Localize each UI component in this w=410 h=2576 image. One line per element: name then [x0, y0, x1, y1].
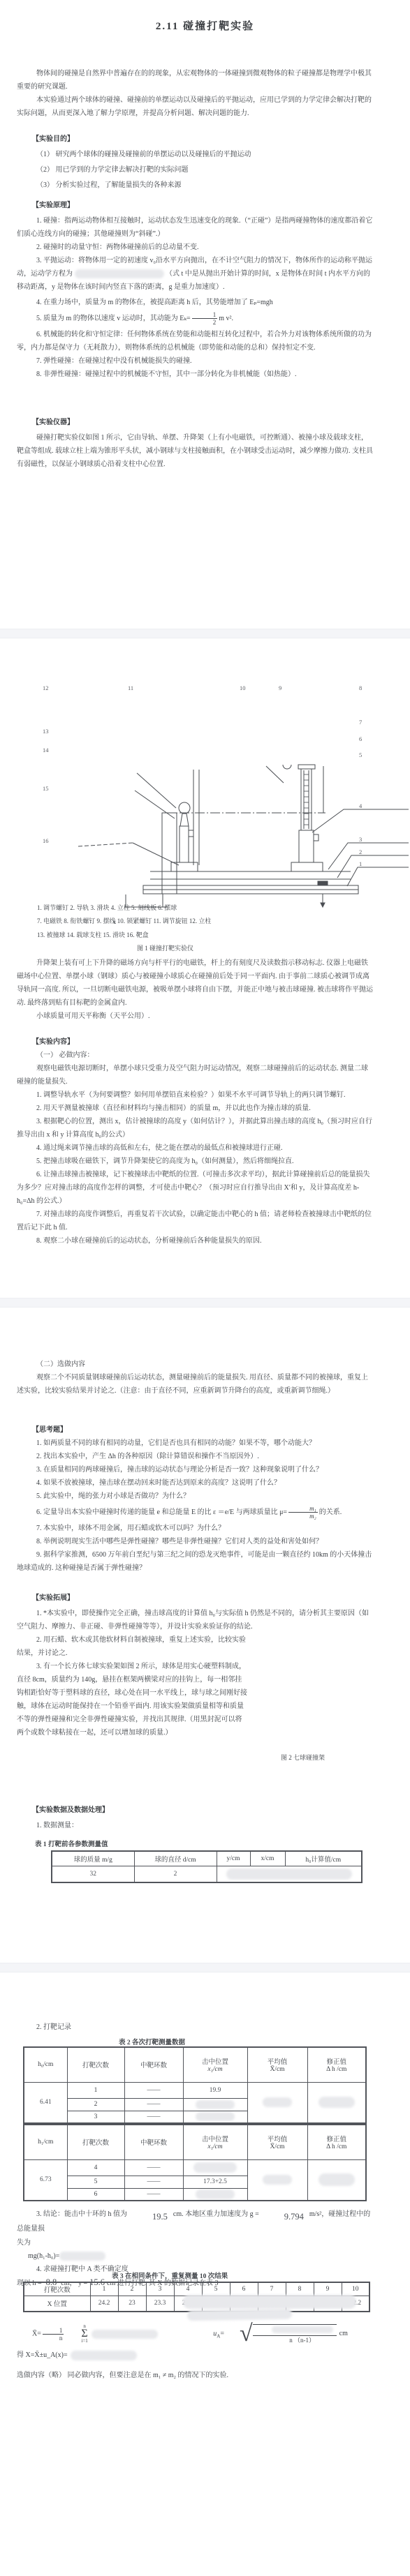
table2-header-shots: 打靶次数	[67, 2047, 124, 2082]
after-figure-section: 升降架上装有可上下升降的磁场方向与杆平行的电磁铁，杆上的有刻度尺及读数指示移动标…	[17, 957, 373, 1023]
principle-item-5-text: 5. 质量为 m 的物体以速度 v 运动时，其动能为 Eₖ=	[36, 315, 191, 322]
ua-formula: uA=√n （n-1）cm	[198, 2323, 348, 2344]
table3-col: 10	[342, 2282, 369, 2296]
purpose-item: （3） 分析实验过程，了解能量损失的各种来源	[17, 179, 373, 192]
table1-header: x/cm	[250, 1851, 285, 1866]
figure1-callout-4: 4	[359, 802, 362, 809]
table2-title: 表 2 各次打靶测量数据	[119, 2037, 185, 2046]
table2-cell-hit4	[183, 2159, 247, 2176]
formula-line3: 选做内容（略） 同必做内容，但要注意是在 m₁ ≠ m₂ 的情况下的实验.	[17, 2369, 373, 2382]
after-figure-paragraph-2: 小球质量可用天平称衡（天平公用）.	[17, 1010, 373, 1023]
table1-header: h₀计算值/cm	[285, 1851, 362, 1866]
question-6-text: 6. 定量导出本实验中碰撞时传递的能量 e 和总能量 E 的比 ε ＝e/E 与…	[36, 1508, 287, 1516]
content-heading: 【实验内容】	[17, 1035, 373, 1049]
question-item: 8. 举例说明现实生活中哪些是弹性碰撞？哪些是非弹性碰撞？它们对人类的益处和害处…	[17, 1535, 373, 1548]
table2-cell: 6	[67, 2188, 124, 2201]
figure1-drawing	[0, 682, 410, 913]
principle-item-7: 7. 弹性碰撞：在碰撞过程中没有机械能损失的碰撞.	[17, 354, 373, 368]
table2-header-hitpos: 击中位置x₁/cm	[183, 2047, 247, 2082]
redacted-value	[196, 2100, 235, 2109]
table2-header-average: 平均值X̄/cm	[247, 2047, 307, 2082]
data-heading: 【实验数据及数据处理】	[17, 1804, 373, 1817]
question-item: 3. 在质量相同的两球碰撞后，撞击球的运动状态与理论分析是否一致？这种现象说明了…	[17, 1463, 373, 1476]
redacted-value	[319, 2173, 355, 2186]
table2-cell: ——	[124, 2098, 183, 2111]
redacted-value	[319, 2097, 355, 2108]
table2-cell: ——	[124, 2176, 183, 2188]
table1-title: 表 1 打靶前各参数测量值	[35, 1839, 108, 1848]
table3-col: 9	[314, 2282, 342, 2296]
redacted-value	[226, 1869, 352, 1880]
table3-value: 24.2	[90, 2296, 118, 2312]
table3-col: 8	[286, 2282, 314, 2296]
table3-row1-label: 打靶次数	[24, 2282, 90, 2296]
question-item: 1. 如两质量不同的球有相同的动量，它们是否也具有相同的动能？如果不等，哪个动能…	[17, 1437, 373, 1450]
table3-col: 6	[230, 2282, 258, 2296]
figure1-callout-12: 12	[43, 684, 49, 691]
content-intro: 观察电磁铁电源切断时，单摆小球只受重力及空气阻力时运动情况，观察二球碰撞前后的运…	[17, 1062, 373, 1088]
principle-item-8: 8. 非弹性碰撞：碰撞过程中的机械能不守恒，其中一部分转化为非机械能（如热能）.	[17, 368, 373, 381]
principle-item-2: 2. 碰撞时的动量守恒：两物体碰撞前后的总动量不变.	[17, 241, 373, 254]
purpose-heading: 【实验目的】	[17, 133, 373, 146]
expansion-item-3: 3. 有一个长方体七球实验架如图 2 所示，球体是用实心硬塑料制成，直径 8cm…	[17, 1660, 249, 1739]
figure1-legend-line1: 1. 调节螺钉 2. 导轨 3. 滑块 4. 立柱 5. 刻线板 6. 摆球	[37, 903, 177, 912]
table2-average-redacted	[247, 2082, 307, 2123]
table2-cell: 2	[67, 2098, 124, 2111]
handwritten-h-value: 19.5	[133, 2210, 168, 2224]
table1-header: 球的直径 d/cm	[134, 1851, 217, 1866]
principle-item-4: 4. 在重力场中，质量为 m 的物体在，被提高距离 h 后，其势能增加了 Eₚ=…	[17, 296, 373, 309]
principle-item-5-text-b: m v².	[219, 315, 233, 322]
xbar-symbol: X̄=	[32, 2330, 41, 2337]
sigma-operator: nΣi=1	[66, 2324, 87, 2344]
figure1-callout-9: 9	[279, 684, 281, 691]
redacted-value	[196, 2189, 235, 2199]
record-subheading: 2. 打靶记录	[17, 2021, 373, 2034]
mass-ratio-fraction: m₁m₂	[288, 1505, 318, 1520]
figure1-legend-line3: 13. 被撞球 14. 载球支柱 15. 滑块 16. 靶盒	[37, 930, 149, 939]
content-subheading: （一） 必做内容：	[17, 1049, 373, 1062]
content-item: 8. 观察二小球在碰撞前后的运动状态，分析碰撞前后各种能量损失的原因.	[17, 1234, 373, 1248]
table2-cell: ——	[124, 2188, 183, 2201]
record-section: 2. 打靶记录	[17, 2021, 373, 2034]
principle-heading: 【实验原理】	[17, 199, 373, 212]
table2-header-correction: 修正值Δ h /cm	[307, 2125, 366, 2159]
figure1-callout-13: 13	[43, 728, 49, 735]
table2-cell-hit3	[183, 2111, 247, 2123]
radical-sign: √	[224, 2323, 253, 2344]
table1-redacted-cells	[217, 1866, 362, 1882]
questions-section: 【思考题】 1. 如两质量不同的球有相同的动量，它们是否也具有相同的动能？如果不…	[17, 1423, 373, 1575]
optional-paragraph: 观察二个不同质量钢球碰撞前后运动状态，测量碰撞前后的能量损失. 用直径、质量都不…	[17, 1371, 373, 1398]
handwritten-g-value: 9.794	[265, 2210, 304, 2224]
apparatus-paragraph: 碰撞打靶实验仪如图 1 所示，它由导轨、单摆、升降架（上有小电磁铁，可控断通）、…	[17, 431, 373, 471]
conclusion-line2: 失为	[17, 2236, 373, 2249]
figure1-callout-16: 16	[43, 837, 49, 844]
redacted-value	[91, 2330, 158, 2339]
formula-line2: 得 X=X̄±u_A(x)=	[17, 2349, 373, 2362]
optional-subheading: （二）选做内容	[17, 1358, 373, 1371]
table2-header-hitpos: 击中位置x₁/cm	[183, 2125, 247, 2159]
table2-cell-hit6	[183, 2188, 247, 2201]
table3-title: 表 3 在相同条件下，重复测量 10 次结果	[112, 2270, 228, 2280]
table2-average-redacted	[247, 2159, 307, 2201]
principle-section: 【实验原理】 1. 碰撞：指两运动物体相互接触时，运动状态发生迅速变化的现象.（…	[17, 199, 373, 381]
question-item: 7. 本实验中，球体不用金属，用石蜡或软木可以吗？为什么？	[17, 1522, 373, 1535]
table3-col: 3	[146, 2282, 174, 2296]
table2-h0-value: 6.41	[24, 2082, 67, 2123]
energy-loss-formula: mg(h₁-h₀)=	[28, 2252, 59, 2260]
table2-correction-redacted	[307, 2159, 366, 2201]
formulas-section: X̄=1nnΣi=1 uA=√n （n-1）cm 得 X=X̄±u_A(x)= …	[17, 2323, 373, 2382]
table2-block1: h₀/cm 打靶次数 中靶环数 击中位置x₁/cm 平均值X̄/cm 修正值Δ …	[23, 2046, 367, 2124]
conclusion-line1: 3. 结论：能击中十环的 h 值为19.5cm. 本地区重力加速度为 g =9.…	[17, 2206, 373, 2236]
purpose-item: （2） 用已学到的力学定律去解决打靶的实际问题	[17, 163, 373, 177]
page-gap-3	[0, 1963, 410, 1972]
content-item: 4. 通过绳来调节撞击球的高低和左右，使之能在摆动的最低点和被撞球进行正碰.	[17, 1141, 373, 1155]
redacted-value	[187, 2309, 292, 2321]
table2-cell: 3	[67, 2111, 124, 2123]
figure1-callout-1: 1	[359, 860, 362, 867]
expansion-heading: 【实验拓展】	[17, 1592, 373, 1605]
table2-header-shots: 打靶次数	[67, 2125, 124, 2159]
document-root: { "page": { "title": "2.11 碰撞打靶实验" }, "i…	[0, 0, 410, 2576]
redacted-value	[193, 2162, 237, 2173]
table2-header-correction: 修正值Δ h /cm	[307, 2047, 366, 2082]
intro-paragraph-2: 本实验通过两个球体的碰撞、碰撞前的单摆运动以及碰撞后的平抛运动，应用已学到的力学…	[17, 93, 373, 120]
table2-header-rings: 中靶环数	[124, 2125, 183, 2159]
table3-col: 1	[90, 2282, 118, 2296]
conclusion-formula: mg(h₁-h₀)=	[17, 2249, 373, 2263]
table2-cell: 4	[67, 2159, 124, 2176]
content-item: 6. 让撞击球撞击被撞球，记下被撞球击中靶纸的位置.（可撞击多次求平均），据此计…	[17, 1168, 373, 1208]
table2-header-rings: 中靶环数	[124, 2047, 183, 2082]
table2-cell: ——	[124, 2082, 183, 2098]
apparatus-heading: 【实验仪器】	[17, 416, 373, 429]
redacted-value	[272, 2326, 333, 2333]
redacted-value	[71, 2351, 137, 2360]
table2-cell-hit2	[183, 2098, 247, 2111]
data-section: 【实验数据及数据处理】 1. 数据测量：	[17, 1804, 373, 1832]
principle-item-5: 5. 质量为 m 的物体以速度 v 运动时，其动能为 Eₖ=12m v².	[17, 311, 373, 326]
table1-header: y/cm	[217, 1851, 250, 1866]
principle-item-1: 1. 碰撞：指两运动物体相互接触时，运动状态发生迅速变化的现象.（“正碰”）是指…	[17, 214, 373, 241]
table1-value-mass: 32	[52, 1866, 134, 1882]
one-over-n-fraction: 1n	[43, 2327, 64, 2342]
expansion-section: 【实验拓展】 1. *本实验中，即使操作完全正确，撞击球高度的计算值 h₀与实际…	[17, 1592, 373, 1739]
expansion-item-1: 1. *本实验中，即使操作完全正确，撞击球高度的计算值 h₀与实际值 h 仍然是…	[17, 1607, 373, 1633]
figure1-legend-line2: 7. 电磁铁 8. 衔铁螺钉 9. 摆线 10. 锁紧螺钉 11. 调节旋钮 1…	[37, 916, 211, 925]
figure1-callout-2: 2	[359, 848, 362, 855]
table3-row2-label: X 位置	[24, 2296, 90, 2312]
table2-h1-header: h₁/cm	[24, 2125, 67, 2159]
question-item: 4. 如果不放被撞球，撞击球在摆动回来时能否达到原来的高度？这说明了什么？	[17, 1476, 373, 1490]
content-item: 5. 把撞击球吸在磁铁下，调节升降架使它的高度为 h₀（如何测量），然后将细绳拉…	[17, 1155, 373, 1168]
table3-col: 5	[202, 2282, 230, 2296]
table2-cell-hit1: 19.9	[183, 2082, 247, 2098]
figure1: 12 11 10 9 8 7 6 5 4 3 2 1 13 14 15 16 x…	[0, 682, 410, 958]
question-item: 2. 找出本实验中，产生 Δh 的各种原因（除计算错误和操作不当原因外）.	[17, 1450, 373, 1463]
redacted-value	[196, 2112, 235, 2121]
table3-col: 4	[174, 2282, 202, 2296]
table2-cell: ——	[124, 2159, 183, 2176]
data-subheading: 1. 数据测量：	[17, 1819, 373, 1832]
page-gap-1	[0, 629, 410, 638]
square-root: √n （n-1）	[224, 2323, 337, 2344]
figure1-callout-15: 15	[43, 785, 49, 792]
figure1-caption: 图 1 碰撞打靶实验仪	[137, 943, 193, 952]
question-item: 5. 此实验中，绳的张力对小球是否做功？为什么？	[17, 1490, 373, 1503]
questions-heading: 【思考题】	[17, 1423, 373, 1437]
content-item: 7. 对撞击球的高度作调整后，再重复若干次试验，以确定能击中靶心的 h 值；请老…	[17, 1208, 373, 1234]
table2-cell: 5	[67, 2176, 124, 2188]
table2-header-average: 平均值X̄/cm	[247, 2125, 307, 2159]
optional-section: （二）选做内容 观察二个不同质量钢球碰撞前后运动状态，测量碰撞前后的能量损失. …	[17, 1358, 373, 1398]
figure2-caption: 图 2 七球碰撞架	[281, 1753, 325, 1762]
page-gap-2	[0, 1298, 410, 1308]
table3-col: 7	[258, 2282, 286, 2296]
redacted-value	[263, 2175, 292, 2185]
principle-item-6: 6. 机械能的转化和守恒定律：任何物体系统在势能和动能相互转化过程中，若合外力对…	[17, 328, 373, 354]
question-item: 9. 据科学家推测，6500 万年前白垩纪与第三纪之间的恐龙灭绝事件，可能是由一…	[17, 1548, 373, 1575]
redacted-value	[263, 2097, 292, 2107]
content-item: 1. 调整导轨水平（为何要调整？如何用单摆铅直来检验？）如果不水平可调节导轨上的…	[17, 1088, 373, 1102]
redacted-value	[183, 2295, 356, 2309]
table2-correction-redacted	[307, 2082, 366, 2123]
content-item: 3. 根据靶心的位置，测出 x，估计被撞球的高度 y（如何估计？），并据此算出撞…	[17, 1115, 373, 1141]
figure1-callout-6: 6	[359, 735, 362, 742]
table1-value-diameter: 2	[134, 1866, 217, 1882]
purpose-section: 【实验目的】 （1） 研究两个球体的碰撞及碰撞前的单摆运动以及碰撞后的平抛运动 …	[17, 133, 373, 192]
intro-paragraph-1: 物体间的碰撞是自然界中普遍存在的的现象，从宏观物体的一体碰撞到微观物体的粒子碰撞…	[17, 67, 373, 93]
expansion-item-2: 2. 用石蜡、软木或其他软材料自制被撞球，重复上述实验，比较实验结果，并讨论之.	[17, 1633, 249, 1660]
formula-line1: X̄=1nnΣi=1 uA=√n （n-1）cm	[17, 2323, 373, 2344]
question-6-text-b: 的关系.	[319, 1508, 342, 1516]
page-title: 2.11 碰撞打靶实验	[0, 18, 410, 33]
table2-cell: 1	[67, 2082, 124, 2098]
content-section: 【实验内容】 （一） 必做内容： 观察电磁铁电源切断时，单摆小球只受重力及空气阻…	[17, 1035, 373, 1248]
one-half-fraction: 12	[192, 311, 218, 326]
figure1-callout-3: 3	[359, 836, 362, 843]
content-item: 2. 用天平测量被撞球（直径和材料均与撞击相同）的质量 m，并以此也作为撞击球的…	[17, 1102, 373, 1115]
figure1-callout-5: 5	[359, 751, 362, 758]
table2-h0-header: h₀/cm	[24, 2047, 67, 2082]
table1: 球的质量 m/g 球的直径 d/cm y/cm x/cm h₀计算值/cm 32…	[51, 1850, 363, 1883]
table3-col: 2	[118, 2282, 146, 2296]
figure1-callout-11: 11	[128, 684, 133, 691]
principle-item-3: 3. 平抛运动：将物体用一定的初速度 v₀沿水平方向抛出，在不计空气阻力的情况下…	[17, 254, 373, 294]
table2-cell: ——	[124, 2111, 183, 2123]
after-figure-paragraph-1: 升降架上装有可上下升降的磁场方向与杆平行的电磁铁，杆上的有刻度尺及读数指示移动标…	[17, 957, 373, 1010]
redacted-value	[59, 2252, 105, 2261]
question-item-6: 6. 定量导出本实验中碰撞时传递的能量 e 和总能量 E 的比 ε ＝e/E 与…	[17, 1505, 373, 1520]
table3-value: 23.3	[146, 2296, 174, 2312]
table2-block2: h₁/cm 打靶次数 中靶环数 击中位置x₁/cm 平均值X̄/cm 修正值Δ …	[23, 2124, 367, 2201]
intro-section: 物体间的碰撞是自然界中普遍存在的的现象，从宏观物体的一体碰撞到微观物体的粒子碰撞…	[17, 67, 373, 120]
figure1-callout-10: 10	[240, 684, 246, 691]
figure1-callout-14: 14	[43, 747, 49, 754]
table2-cell-hit5: 17.3+2.5	[183, 2176, 247, 2188]
purpose-item: （1） 研究两个球体的碰撞及碰撞前的单摆运动以及碰撞后的平抛运动	[17, 148, 373, 161]
table3-value: 23	[118, 2296, 146, 2312]
table1-header: 球的质量 m/g	[52, 1851, 134, 1866]
figure1-callout-7: 7	[359, 719, 362, 726]
redacted-equation	[75, 269, 164, 278]
figure1-callout-8: 8	[359, 684, 362, 691]
apparatus-section: 【实验仪器】 碰撞打靶实验仪如图 1 所示，它由导轨、单摆、升降架（上有小电磁铁…	[17, 416, 373, 471]
table2-h1-value: 6.73	[24, 2159, 67, 2201]
